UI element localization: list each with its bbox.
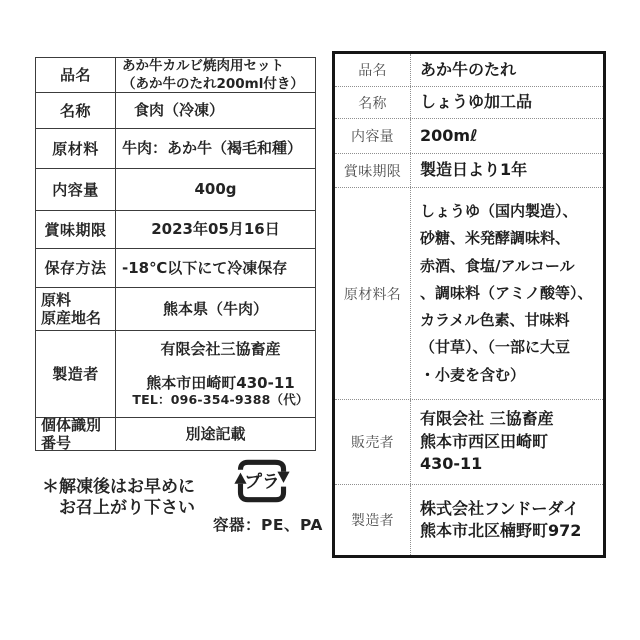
sauce-seller-value: 有限会社 三協畜産 熊本市西区田崎町 430-11 <box>411 400 603 484</box>
sauce-net-volume-label: 内容量 <box>335 119 411 153</box>
sauce-net-volume-value: 200mℓ <box>411 119 603 153</box>
category-label: 名称 <box>36 93 116 128</box>
storage-value: -18℃以下にて冷凍保存 <box>116 249 315 287</box>
thawing-note-line2: お召上がり下さい <box>59 498 195 519</box>
sauce-ingredients-label: 原材料名 <box>335 188 411 399</box>
individual-id-label: 個体識別 番号 <box>36 418 116 450</box>
table-row-best-before: 賞味期限 製造日より1年 <box>335 154 603 188</box>
manufacturer-address: 熊本市田崎町430-11 <box>146 374 294 393</box>
sauce-category-label: 名称 <box>335 87 411 118</box>
manufacturer-value: 有限会社三協畜産 熊本市田崎町430-11 TEL：096-354-9388（代… <box>116 331 315 417</box>
sauce-product-name-label: 品名 <box>335 54 411 86</box>
manufacturer-name: 有限会社三協畜産 <box>160 340 280 359</box>
origin-label: 原料 原産地名 <box>36 288 116 330</box>
table-row-product-name: 品名 あか牛カルビ焼肉用セット （あか牛のたれ200ml付き） <box>36 58 315 93</box>
ingredients-value: 牛肉：あか牛（褐毛和種） <box>116 129 315 168</box>
category-value: 食肉（冷凍） <box>116 93 315 128</box>
container-material-note: 容器：PE、PA <box>213 513 323 535</box>
ingredients-label: 原材料 <box>36 129 116 168</box>
table-row-storage: 保存方法 -18℃以下にて冷凍保存 <box>36 249 315 288</box>
sauce-product-name-value: あか牛のたれ <box>411 54 603 86</box>
individual-id-value: 別途記載 <box>116 418 315 450</box>
sauce-manufacturer-value: 株式会社フンドーダイ 熊本市北区楠野町972 <box>411 485 603 555</box>
table-row-ingredients: 原材料名 しょうゆ（国内製造）、 砂糖、米発酵調味料、 赤酒、食塩/アルコール … <box>335 188 603 400</box>
table-row-origin: 原料 原産地名 熊本県（牛肉） <box>36 288 315 331</box>
table-row-ingredients: 原材料 牛肉：あか牛（褐毛和種） <box>36 129 315 169</box>
net-weight-value: 400g <box>116 169 315 210</box>
table-row-best-before: 賞味期限 2023年05月16日 <box>36 211 315 249</box>
manufacturer-label: 製造者 <box>36 331 116 417</box>
sauce-manufacturer-label: 製造者 <box>335 485 411 555</box>
table-row-manufacturer: 製造者 株式会社フンドーダイ 熊本市北区楠野町972 <box>335 485 603 555</box>
sauce-best-before-label: 賞味期限 <box>335 154 411 187</box>
table-row-seller: 販売者 有限会社 三協畜産 熊本市西区田崎町 430-11 <box>335 400 603 485</box>
best-before-label: 賞味期限 <box>36 211 116 248</box>
meat-set-label-table: 品名 あか牛カルビ焼肉用セット （あか牛のたれ200ml付き） 名称 食肉（冷凍… <box>35 57 316 451</box>
table-row-product-name: 品名 あか牛のたれ <box>335 54 603 87</box>
net-weight-label: 内容量 <box>36 169 116 210</box>
table-row-category: 名称 しょうゆ加工品 <box>335 87 603 119</box>
table-row-category: 名称 食肉（冷凍） <box>36 93 315 129</box>
origin-value: 熊本県（牛肉） <box>116 288 315 330</box>
sauce-category-value: しょうゆ加工品 <box>411 87 603 118</box>
sauce-ingredients-value: しょうゆ（国内製造）、 砂糖、米発酵調味料、 赤酒、食塩/アルコール 、調味料（… <box>411 188 603 399</box>
recycle-mark-text: プラ <box>244 472 280 493</box>
table-row-net-weight: 内容量 400g <box>36 169 315 211</box>
table-row-individual-id: 個体識別 番号 別途記載 <box>36 418 315 450</box>
product-name-label: 品名 <box>36 58 116 92</box>
product-name-value: あか牛カルビ焼肉用セット （あか牛のたれ200ml付き） <box>116 58 315 92</box>
sauce-label-table: 品名 あか牛のたれ 名称 しょうゆ加工品 内容量 200mℓ 賞味期限 製造日よ… <box>332 51 606 558</box>
thawing-note: ＊解凍後はお早めに お召上がり下さい <box>42 477 195 520</box>
plastic-recycling-icon: プラ <box>233 453 291 509</box>
best-before-value: 2023年05月16日 <box>116 211 315 248</box>
manufacturer-phone: TEL：096-354-9388（代） <box>132 392 308 408</box>
thawing-note-line1: ＊解凍後はお早めに <box>42 477 195 498</box>
storage-label: 保存方法 <box>36 249 116 287</box>
sauce-seller-label: 販売者 <box>335 400 411 484</box>
table-row-net-volume: 内容量 200mℓ <box>335 119 603 154</box>
table-row-manufacturer: 製造者 有限会社三協畜産 熊本市田崎町430-11 TEL：096-354-93… <box>36 331 315 418</box>
sauce-best-before-value: 製造日より1年 <box>411 154 603 187</box>
